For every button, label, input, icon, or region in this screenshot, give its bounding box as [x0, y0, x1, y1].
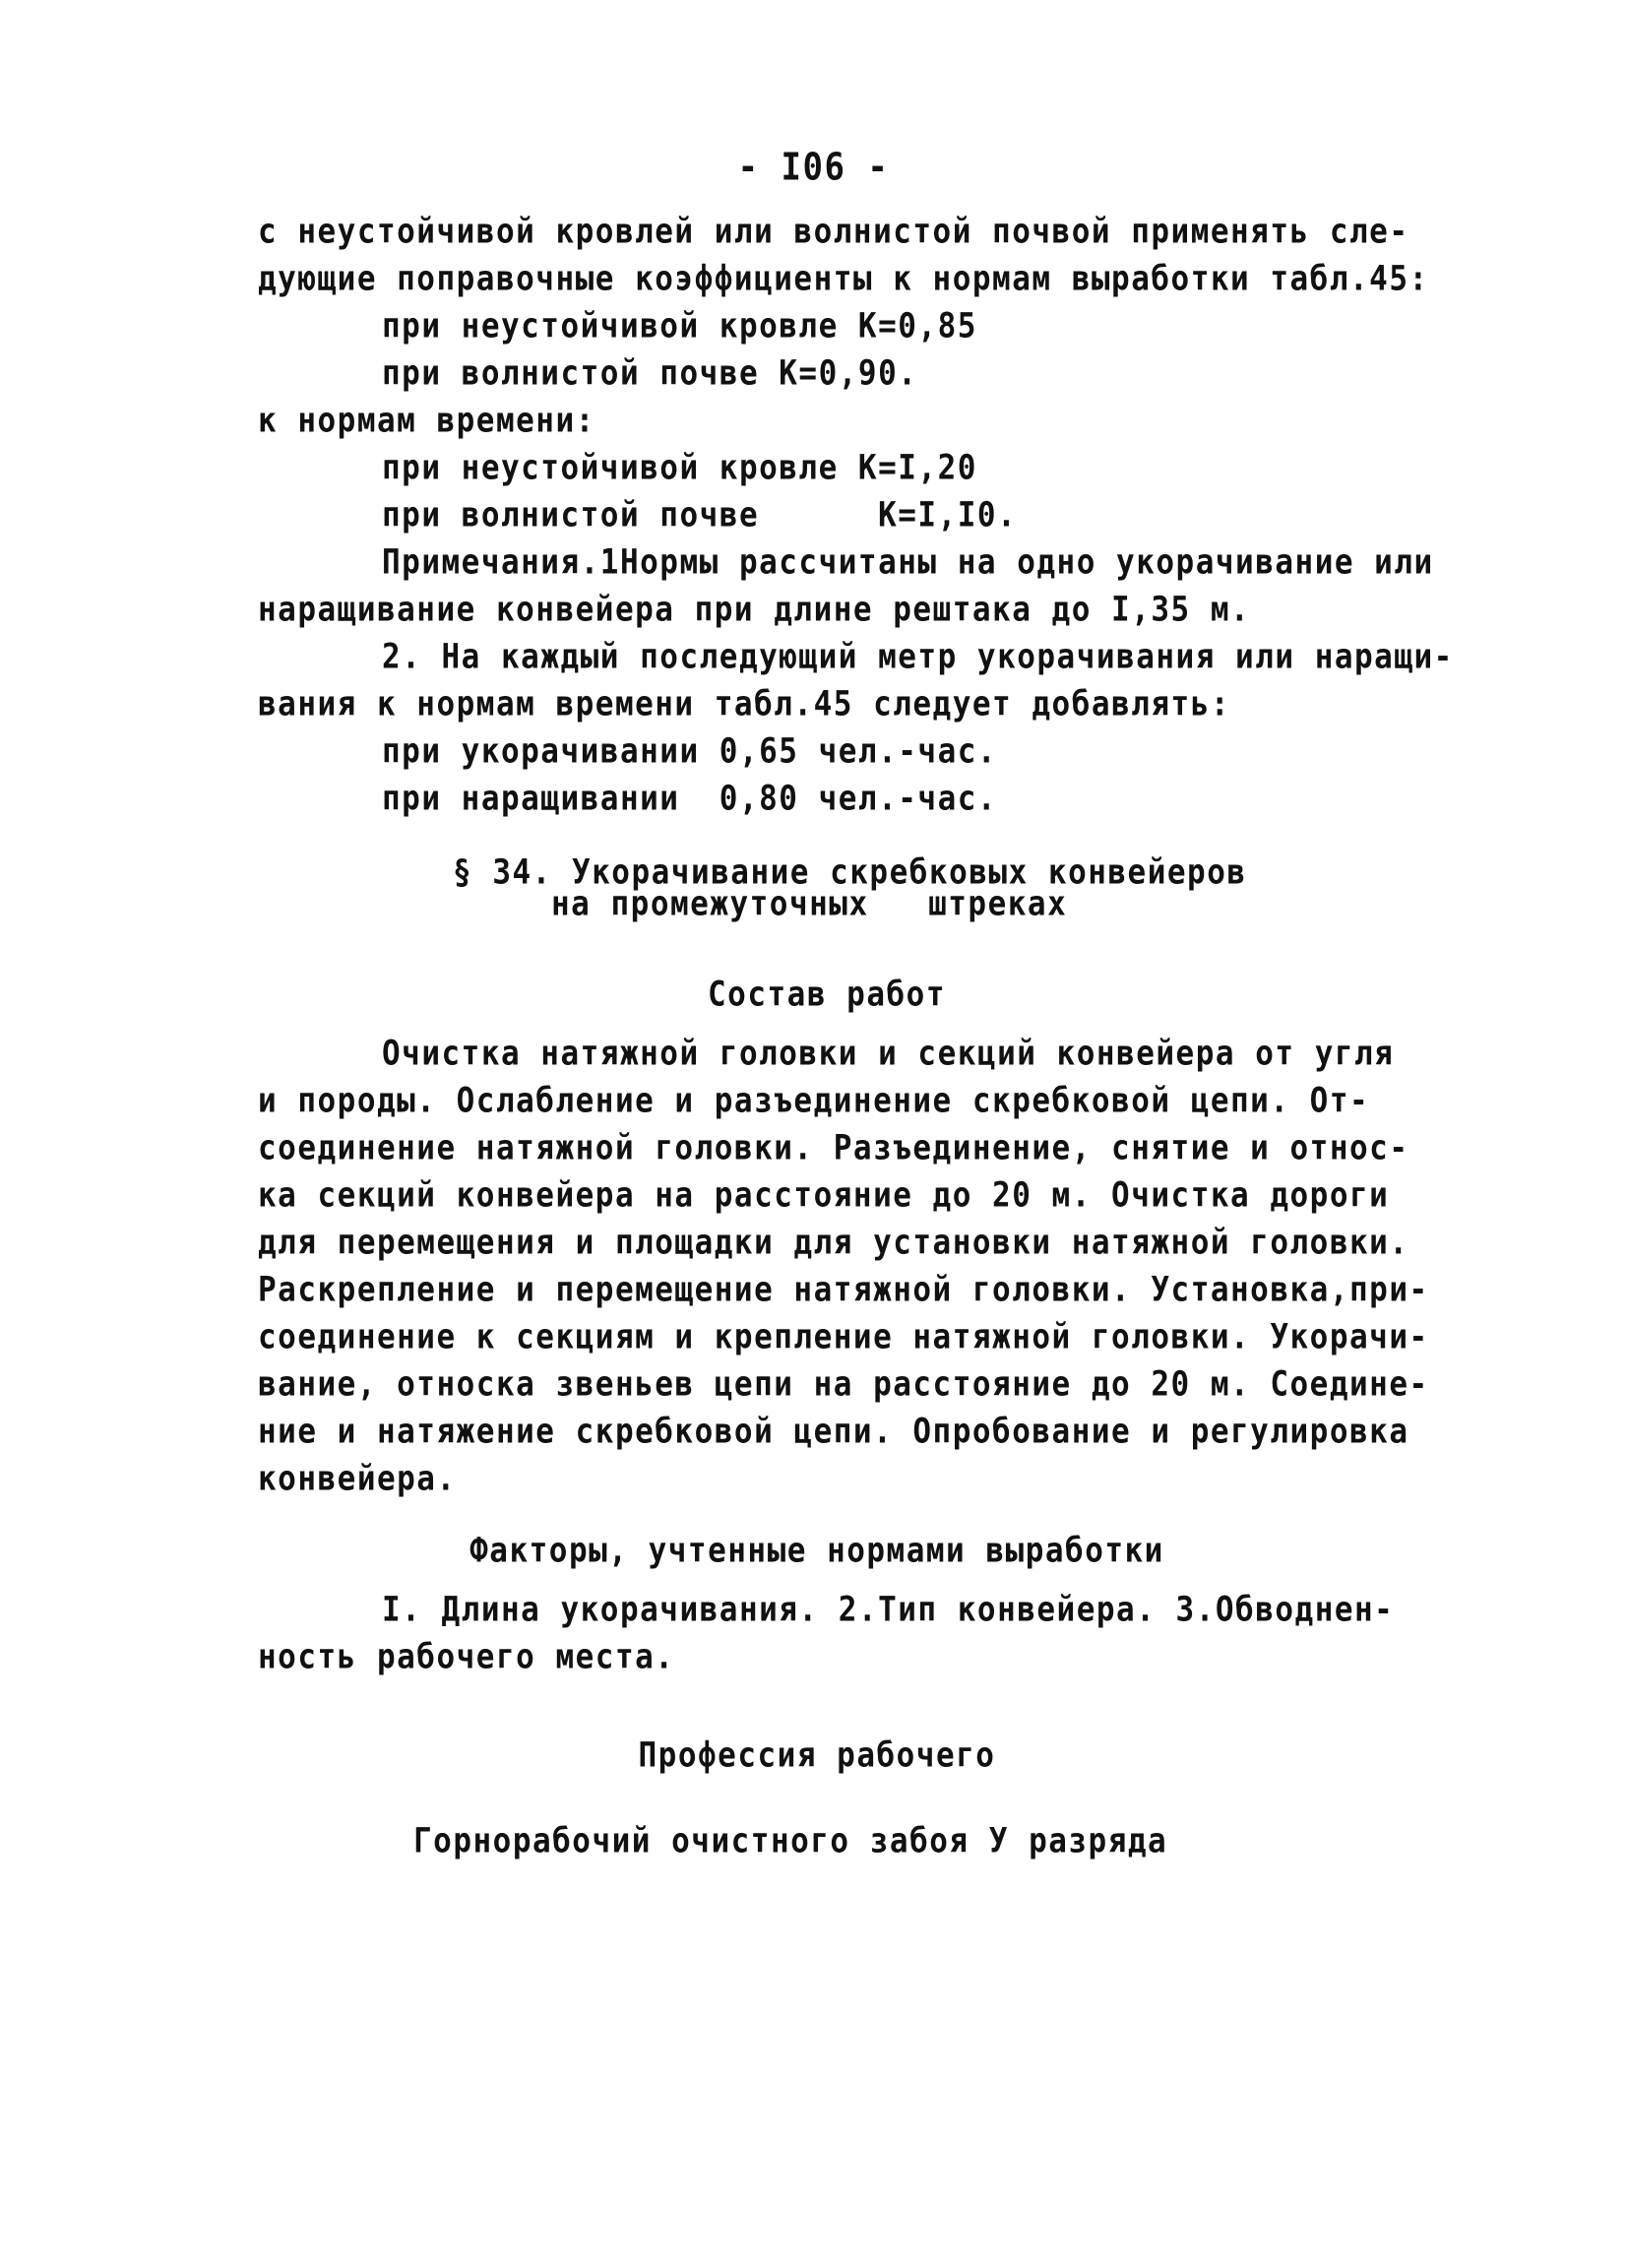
profession-heading: Профессия рабочего [374, 1735, 1260, 1775]
note-line: Примечания.1Нормы рассчитаны на одно уко… [382, 542, 1434, 582]
factors-line: ность рабочего места. [258, 1637, 674, 1676]
intro-line: к нормам времени: [258, 401, 595, 440]
work-line: соединение к секциям и крепление натяжно… [258, 1317, 1429, 1356]
document-page: - I06 - с неустойчивой кровлей или волни… [0, 0, 1627, 2268]
factors-heading: Факторы, учтенные нормами выработки [325, 1531, 1309, 1570]
note-line: вания к нормам времени табл.45 следует д… [258, 684, 1230, 724]
page-number: - I06 - [0, 148, 1627, 187]
work-heading: Состав работ [453, 975, 1201, 1014]
work-line: Очистка натяжной головки и секций конвей… [382, 1034, 1394, 1073]
work-line: и породы. Ослабление и разъединение скре… [258, 1081, 1369, 1120]
note-line: наращивание конвейера при длине рештака … [258, 590, 1250, 629]
coefficient-line: при волнистой почве К=0,90. [382, 353, 917, 393]
coefficient-line: при неустойчивой кровле К=I,20 [382, 448, 977, 487]
intro-line: дующие поправочные коэффициенты к нормам… [258, 259, 1429, 298]
work-line: вание, относка звеньев цепи на расстояни… [258, 1364, 1429, 1404]
intro-line: с неустойчивой кровлей или волнистой поч… [258, 212, 1409, 251]
coefficient-line: при неустойчивой кровле К=0,85 [382, 306, 977, 346]
profession-value: Горнорабочий очистного забоя У разряда [413, 1821, 1167, 1860]
factors-line: I. Длина укорачивания. 2.Тип конвейера. … [382, 1590, 1394, 1629]
work-line: ние и натяжение скребковой цепи. Опробов… [258, 1412, 1409, 1451]
work-line: соединение натяжной головки. Разъединени… [258, 1128, 1409, 1167]
section-title-line2: на промежуточных штреках [551, 884, 1067, 923]
note-line: при наращивании 0,80 чел.-час. [382, 779, 997, 818]
coefficient-line: при волнистой почве К=I,I0. [382, 495, 1017, 535]
work-line: конвейера. [258, 1459, 457, 1498]
work-line: Раскрепление и перемещение натяжной голо… [258, 1270, 1429, 1309]
work-line: для перемещения и площадки для установки… [258, 1223, 1409, 1262]
note-line: 2. На каждый последующий метр укорачиван… [382, 637, 1454, 676]
note-line: при укорачивании 0,65 чел.-час. [382, 731, 997, 771]
work-line: ка секций конвейера на расстояние до 20 … [258, 1175, 1389, 1215]
